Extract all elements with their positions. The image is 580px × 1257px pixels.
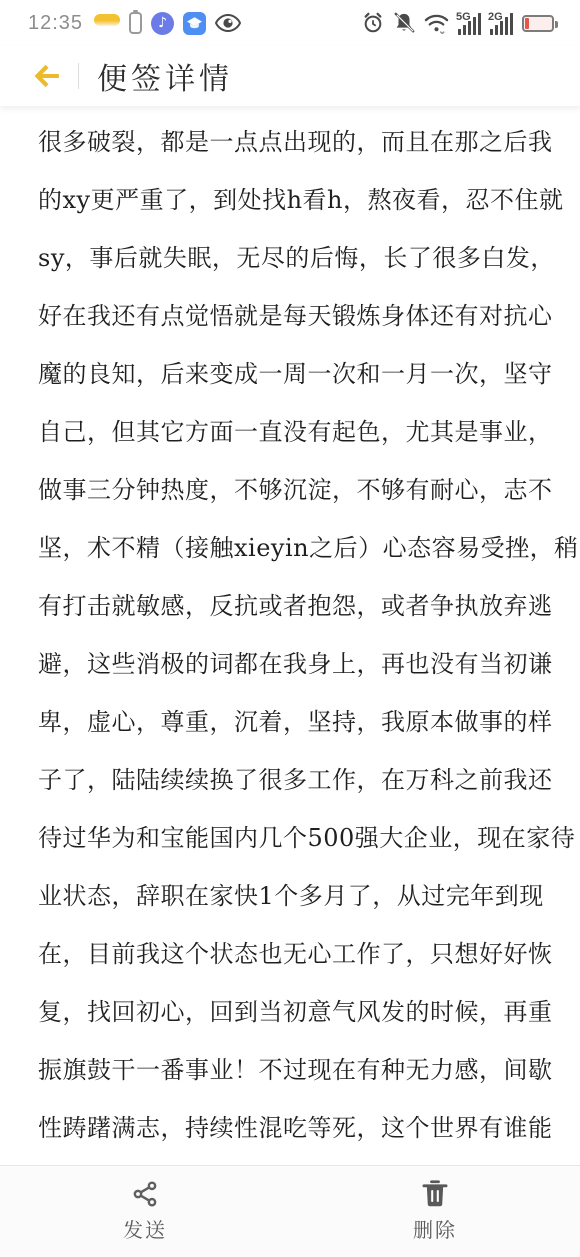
note-line: 复，找回初心，回到当初意气风发的时候，再重 — [38, 980, 544, 1038]
note-content[interactable]: 很多破裂，都是一点点出现的，而且在那之后我 的xy更严重了，到处找h看h，熬夜看… — [0, 106, 580, 1154]
note-line: 性踌躇满志，持续性混吃等死，这个世界有谁能 — [38, 1096, 544, 1154]
note-detail-screen: 12:35 ♪ 5G — [0, 0, 580, 1257]
arrow-left-icon — [30, 61, 64, 91]
status-bar: 12:35 ♪ 5G — [0, 0, 580, 46]
note-line: sy，事后就失眠，无尽的后悔，长了很多白发， — [38, 226, 544, 284]
note-line: 好在我还有点觉悟就是每天锻炼身体还有对抗心 — [38, 284, 544, 342]
network-type-label: 2G — [488, 11, 503, 23]
bottom-action-bar: 发送 删除 — [0, 1165, 580, 1257]
header-divider — [78, 63, 79, 89]
note-line: 做事三分钟热度，不够沉淀，不够有耐心，志不 — [38, 458, 544, 516]
battery-low-icon — [522, 15, 554, 32]
signal-5g-icon: 5G — [458, 11, 481, 35]
note-line: 子了，陆陆续续换了很多工作，在万科之前我还 — [38, 748, 544, 806]
bell-muted-icon — [393, 12, 415, 34]
yellow-pill-icon — [94, 14, 120, 26]
note-line: 的xy更严重了，到处找h看h，熬夜看，忍不住就 — [38, 168, 544, 226]
note-line: 业状态，辞职在家快1个多月了，从过完年到现 — [38, 864, 544, 922]
education-app-icon — [183, 12, 206, 35]
trash-icon — [422, 1180, 448, 1208]
send-button[interactable]: 发送 — [0, 1166, 290, 1257]
clock-time: 12:35 — [28, 12, 83, 35]
back-button[interactable] — [30, 56, 74, 96]
header: 便签详情 — [0, 46, 580, 106]
note-line: 魔的良知，后来变成一周一次和一月一次，坚守 — [38, 342, 544, 400]
share-icon — [131, 1180, 159, 1208]
network-type-label: 5G — [456, 11, 471, 23]
note-line: 在，目前我这个状态也无心工作了，只想好好恢 — [38, 922, 544, 980]
battery-vertical-icon — [129, 12, 142, 34]
note-line: 很多破裂，都是一点点出现的，而且在那之后我 — [38, 110, 544, 168]
wifi-icon — [424, 12, 449, 34]
note-line: 自己，但其它方面一直没有起色，尤其是事业， — [38, 400, 544, 458]
note-line: 振旗鼓干一番事业！不过现在有种无力感，间歇 — [38, 1038, 544, 1096]
page-title: 便签详情 — [97, 54, 233, 98]
alarm-clock-icon — [362, 12, 384, 34]
music-app-icon: ♪ — [151, 12, 174, 35]
signal-2g-icon: 2G — [490, 11, 513, 35]
note-line: 待过华为和宝能国内几个500强大企业，现在家待 — [38, 806, 544, 864]
delete-label: 删除 — [413, 1214, 457, 1243]
delete-button[interactable]: 删除 — [290, 1166, 580, 1257]
note-line: 有打击就敏感，反抗或者抱怨，或者争执放弃逃 — [38, 574, 544, 632]
send-label: 发送 — [123, 1214, 167, 1243]
eye-icon — [215, 14, 241, 32]
note-line: 坚，术不精（接触xieyin之后）心态容易受挫，稍 — [38, 516, 544, 574]
note-line: 避，这些消极的词都在我身上，再也没有当初谦 — [38, 632, 544, 690]
note-line: 卑，虚心，尊重，沉着，坚持，我原本做事的样 — [38, 690, 544, 748]
